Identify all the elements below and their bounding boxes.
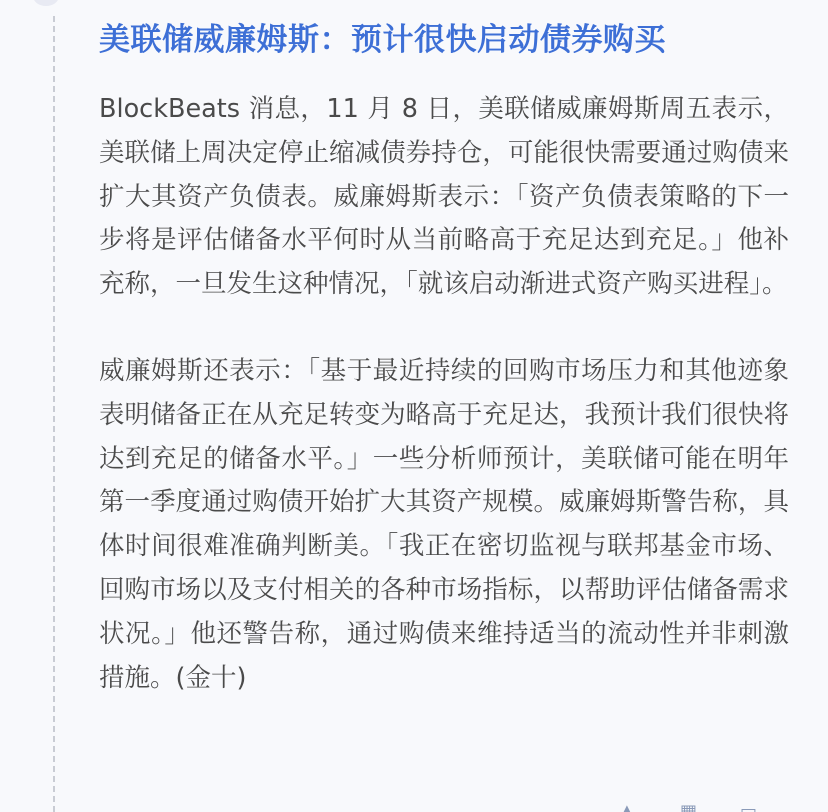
news-item: 美联储威廉姆斯：预计很快启动债券购买 BlockBeats 消息，11 月 8 …: [99, 18, 789, 700]
news-title[interactable]: 美联储威廉姆斯：预计很快启动债券购买: [99, 18, 789, 62]
timeline-dot: [33, 0, 59, 6]
timeline-line: [53, 16, 55, 812]
action-bar: ▲ ▦ ▭: [620, 804, 762, 812]
comment-icon[interactable]: ▭: [740, 804, 762, 812]
thumbs-up-icon[interactable]: ▲: [620, 804, 642, 812]
news-paragraph: BlockBeats 消息，11 月 8 日，美联储威廉姆斯周五表示，美联储上周…: [99, 88, 789, 307]
news-paragraph: 威廉姆斯还表示：「基于最近持续的回购市场压力和其他迹象表明储备正在从充足转变为略…: [99, 350, 789, 700]
share-icon[interactable]: ▦: [680, 804, 702, 812]
